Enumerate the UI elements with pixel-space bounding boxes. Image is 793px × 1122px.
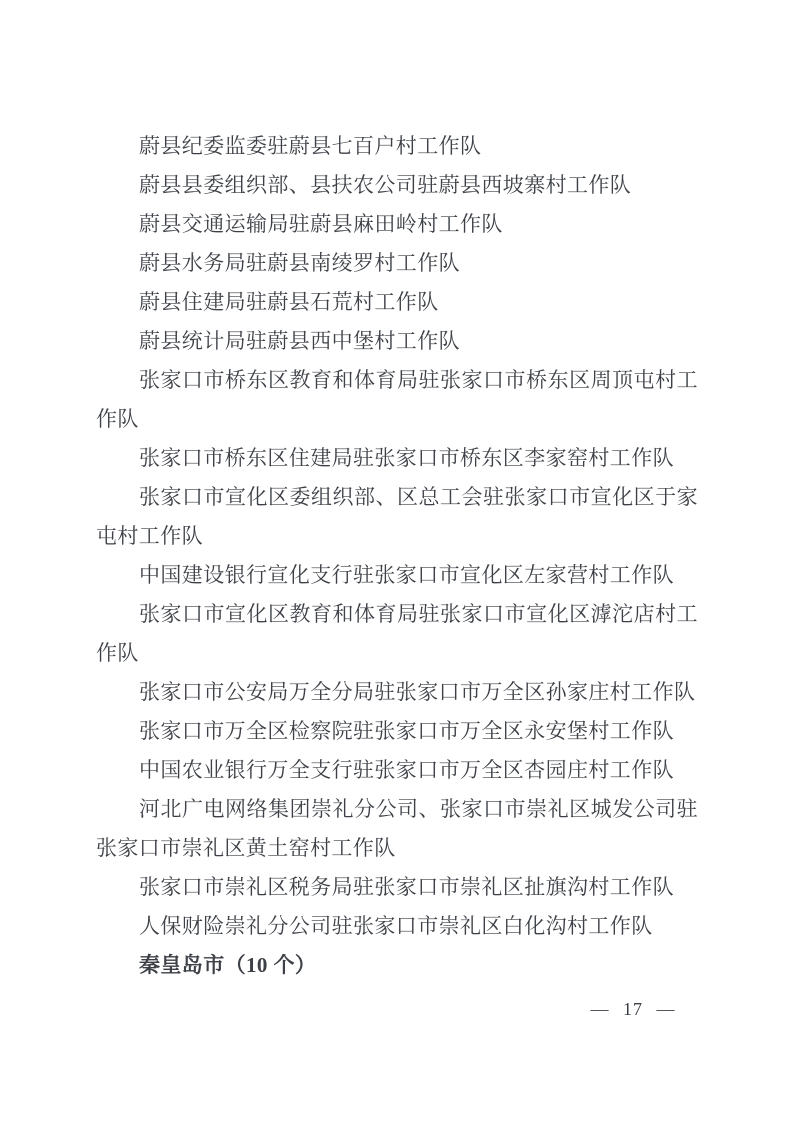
document-line: 蔚县水务局驻蔚县南绫罗村工作队 — [96, 244, 698, 283]
document-line: 张家口市崇礼区黄土窑村工作队 — [96, 829, 698, 868]
document-page: 蔚县纪委监委驻蔚县七百户村工作队 蔚县县委组织部、县扶农公司驻蔚县西坡寨村工作队… — [0, 0, 793, 1122]
document-line: 张家口市桥东区教育和体育局驻张家口市桥东区周顶屯村工 — [96, 361, 698, 400]
document-body: 蔚县纪委监委驻蔚县七百户村工作队 蔚县县委组织部、县扶农公司驻蔚县西坡寨村工作队… — [96, 127, 698, 985]
document-line: 张家口市宣化区委组织部、区总工会驻张家口市宣化区于家 — [96, 478, 698, 517]
document-line: 张家口市宣化区教育和体育局驻张家口市宣化区滹沱店村工 — [96, 595, 698, 634]
section-heading: 秦皇岛市（10 个） — [96, 946, 698, 985]
document-line: 张家口市公安局万全分局驻张家口市万全区孙家庄村工作队 — [96, 673, 698, 712]
document-line: 蔚县住建局驻蔚县石荒村工作队 — [96, 283, 698, 322]
document-line: 河北广电网络集团崇礼分公司、张家口市崇礼区城发公司驻 — [96, 790, 698, 829]
document-line: 蔚县纪委监委驻蔚县七百户村工作队 — [96, 127, 698, 166]
document-line: 中国农业银行万全支行驻张家口市万全区杏园庄村工作队 — [96, 751, 698, 790]
document-line: 蔚县统计局驻蔚县西中堡村工作队 — [96, 322, 698, 361]
document-line: 蔚县县委组织部、县扶农公司驻蔚县西坡寨村工作队 — [96, 166, 698, 205]
document-line: 张家口市桥东区住建局驻张家口市桥东区李家窑村工作队 — [96, 439, 698, 478]
document-line: 中国建设银行宣化支行驻张家口市宣化区左家营村工作队 — [96, 556, 698, 595]
document-line: 作队 — [96, 634, 698, 673]
document-line: 作队 — [96, 400, 698, 439]
document-line: 蔚县交通运输局驻蔚县麻田岭村工作队 — [96, 205, 698, 244]
document-line: 人保财险崇礼分公司驻张家口市崇礼区白化沟村工作队 — [96, 907, 698, 946]
document-line: 张家口市万全区检察院驻张家口市万全区永安堡村工作队 — [96, 712, 698, 751]
document-line: 张家口市崇礼区税务局驻张家口市崇礼区扯旗沟村工作队 — [96, 868, 698, 907]
document-line: 屯村工作队 — [96, 517, 698, 556]
page-number: — 17 — — [578, 997, 688, 1021]
